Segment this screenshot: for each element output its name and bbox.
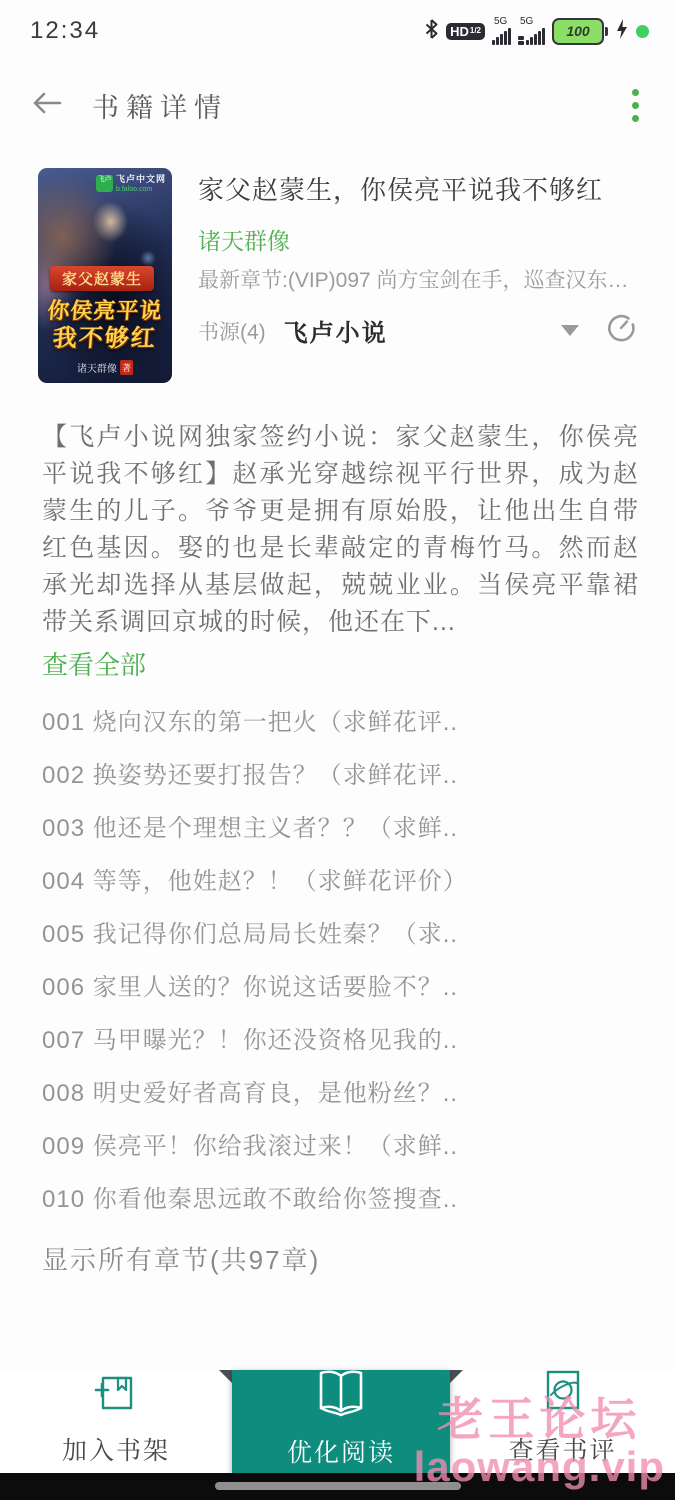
- refresh-icon[interactable]: [605, 312, 637, 349]
- cover-author-credit: 诸天群像著: [38, 360, 172, 375]
- optimized-reading-label: 优化阅读: [287, 1433, 395, 1469]
- cover-banner-text: 家父赵蒙生: [50, 266, 154, 291]
- add-to-shelf-label: 加入书架: [62, 1431, 170, 1467]
- latest-chapter: 最新章节:(VIP)097 尚方宝剑在手，巡查汉东！ ...: [198, 264, 637, 294]
- view-all-link[interactable]: 查看全部: [42, 645, 146, 682]
- chapter-item[interactable]: 003 他还是个理想主义者？？（求鲜..: [42, 816, 639, 841]
- battery-level: 100: [552, 18, 604, 45]
- publisher-logo: 飞卢 飞卢中文网 b.faloo.com: [96, 175, 166, 193]
- charging-bolt-icon: [615, 18, 629, 45]
- chapter-item[interactable]: 010 你看他秦思远敢不敢给你签搜查..: [42, 1187, 639, 1212]
- view-reviews-label: 查看书评: [508, 1431, 616, 1467]
- review-planet-icon: [539, 1366, 587, 1421]
- book-add-icon: [91, 1366, 141, 1421]
- chapter-item[interactable]: 009 侯亮平！你给我滚过来！（求鲜..: [42, 1134, 639, 1159]
- system-navigation-bar: [0, 1473, 675, 1500]
- bottom-action-bar: 加入书架 优化阅读 查看书评: [0, 1370, 675, 1473]
- source-count-label: 书源(4): [198, 316, 266, 346]
- chapter-list: 001 烧向汉东的第一把火（求鲜花评.. 002 换姿势还要打报告？（求鲜花评.…: [42, 710, 639, 1212]
- book-cover[interactable]: 飞卢 飞卢中文网 b.faloo.com 家父赵蒙生 你侯亮平说 我不够红 诸天…: [38, 168, 172, 383]
- cover-title-line2: 我不够红: [38, 318, 172, 353]
- bluetooth-icon: [424, 18, 439, 45]
- clock: 12:34: [30, 17, 100, 45]
- location-dot-icon: [636, 25, 649, 38]
- signal-sim2-icon: 5G: [518, 17, 545, 45]
- book-source-row[interactable]: 书源(4) 飞卢小说: [198, 312, 637, 349]
- book-author[interactable]: 诸天群像: [198, 223, 637, 256]
- page-title: 书籍详情: [92, 86, 228, 125]
- battery-icon: 100: [552, 18, 608, 45]
- chapter-item[interactable]: 001 烧向汉东的第一把火（求鲜花评..: [42, 710, 639, 735]
- view-reviews-button[interactable]: 查看书评: [450, 1370, 675, 1473]
- home-indicator[interactable]: [215, 1482, 461, 1490]
- chapter-item[interactable]: 002 换姿势还要打报告？（求鲜花评..: [42, 763, 639, 788]
- status-bar: 12:34 HD1/2 5G 5G 100: [0, 0, 675, 56]
- signal-sim1-icon: 5G: [492, 17, 511, 45]
- book-info-section: 飞卢 飞卢中文网 b.faloo.com 家父赵蒙生 你侯亮平说 我不够红 诸天…: [0, 168, 675, 383]
- chapter-item[interactable]: 007 马甲曝光？！你还没资格见我的..: [42, 1028, 639, 1053]
- chevron-down-icon[interactable]: [561, 325, 579, 336]
- chapter-item[interactable]: 008 明史爱好者高育良，是他粉丝？..: [42, 1081, 639, 1106]
- chapter-item[interactable]: 006 家里人送的？你说这话要脸不？..: [42, 975, 639, 1000]
- app-bar: 书籍详情: [0, 80, 675, 130]
- chapter-item[interactable]: 005 我记得你们总局局长姓秦？（求..: [42, 922, 639, 947]
- overflow-menu-button[interactable]: [626, 85, 645, 126]
- optimized-reading-button[interactable]: 优化阅读: [232, 1370, 450, 1473]
- book-title: 家父赵蒙生，你侯亮平说我不够红: [198, 170, 637, 207]
- add-to-shelf-button[interactable]: 加入书架: [0, 1370, 232, 1473]
- open-book-icon: [312, 1368, 370, 1423]
- show-all-chapters-link[interactable]: 显示所有章节(共97章): [42, 1240, 633, 1277]
- source-name[interactable]: 飞卢小说: [284, 313, 388, 348]
- book-description: 【飞卢小说网独家签约小说：家父赵蒙生，你侯亮平说我不够红】赵承光穿越综视平行世界…: [42, 419, 639, 641]
- back-button[interactable]: [30, 90, 64, 121]
- chapter-item[interactable]: 004 等等，他姓赵？！（求鲜花评价）: [42, 869, 639, 894]
- volte-hd-icon: HD1/2: [446, 23, 485, 40]
